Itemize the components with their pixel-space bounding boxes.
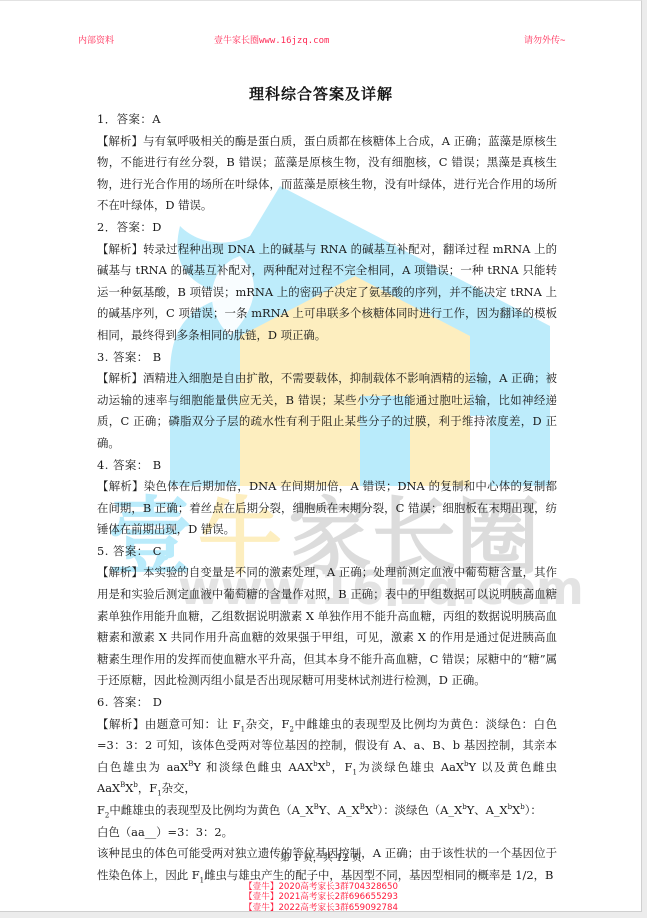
q1-answer: 1．答案：A — [97, 109, 557, 131]
q1-analysis: 【解析】与有氧呼吸相关的酶是蛋白质，蛋白质都在核糖体上合成，A 正确；蓝藻是原核… — [97, 131, 557, 217]
ad-line-2020[interactable]: 【壹牛】2020高考家长3群704328650 — [0, 882, 642, 892]
header-right-label: 请勿外传~ — [524, 33, 565, 46]
q4-answer: 4. 答案： B — [97, 455, 557, 477]
ad-line-2022[interactable]: 【壹牛】2022高考家长3群659092784 — [0, 903, 642, 912]
q6-analysis-ratio: 白色（aa__）=3：3：2。 — [97, 822, 557, 844]
q3-answer: 3. 答案： B — [97, 347, 557, 369]
document-page: 内部资料 壹牛家长圈www.16jzq.com 请勿外传~ 壹 牛 家长圈 ww… — [0, 0, 642, 912]
q3-analysis: 【解析】酒精进入细胞是自由扩散，不需要载体，抑制载体不影响酒精的运输，A 正确；… — [97, 368, 557, 454]
q2-answer: 2．答案：D — [97, 217, 557, 239]
q6-analysis-part1: 【解析】由题意可知：让 F1杂交，F2中雌雄虫的表现型及比例均为黄色：淡绿色：白… — [97, 714, 557, 800]
q5-answer: 5. 答案： C — [97, 541, 557, 563]
ad-line-2021[interactable]: 【壹牛】2021高考家长2群696655293 — [0, 892, 642, 902]
q6-analysis-part2: F2中雌雄虫的表现型及比例均为黄色（A_XBY、A_XBXb）：淡绿色（A_Xb… — [97, 800, 557, 822]
q2-analysis: 【解析】转录过程种出现 DNA 上的碱基与 RNA 的碱基互补配对，翻译过程 m… — [97, 239, 557, 347]
header-site-link[interactable]: 壹牛家长圈www.16jzq.com — [214, 33, 329, 46]
header-left-label: 内部资料 — [78, 33, 114, 46]
document-body: 1．答案：A 【解析】与有氧呼吸相关的酶是蛋白质，蛋白质都在核糖体上合成，A 正… — [97, 109, 557, 886]
q4-analysis: 【解析】染色体在后期加倍，DNA 在间期加倍，A 错误；DNA 的复制和中心体的… — [97, 476, 557, 541]
q6-answer: 6. 答案： D — [97, 692, 557, 714]
document-title: 理科综合答案及详解 — [0, 83, 642, 104]
page-indicator: 第 1 页，共 12 页 — [0, 849, 642, 864]
q5-analysis: 【解析】本实验的自变量是不同的激素处理，A 正确；处理前测定血液中葡萄糖含量，其… — [97, 562, 557, 692]
footer-group-ads: 【壹牛】2020高考家长3群704328650 【壹牛】2021高考家长2群69… — [0, 882, 642, 912]
